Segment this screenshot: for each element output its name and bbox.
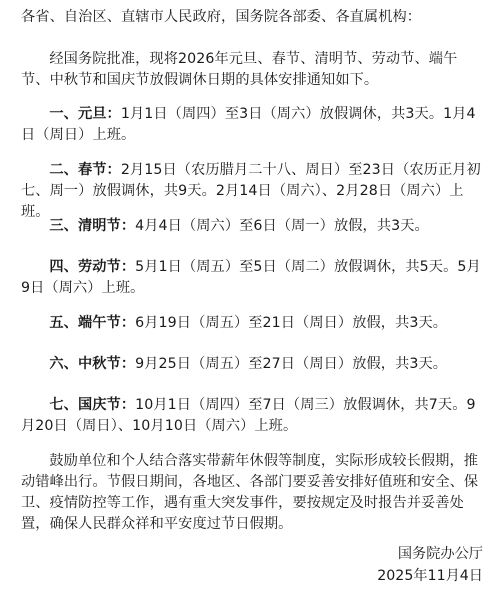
item-text: 9月25日（周五）至27日（周日）放假，共3天。 — [135, 356, 447, 372]
item-title: 一、元旦： — [49, 106, 120, 122]
signature-issuer: 国务院办公厅 — [283, 544, 483, 565]
item-title: 二、春节： — [49, 162, 120, 178]
intro-paragraph: 经国务院批准，现将2026年元旦、春节、清明节、劳动节、端午节、中秋节和国庆节放… — [21, 49, 485, 91]
item-text: 4月4日（周六）至6日（周一）放假，共3天。 — [135, 218, 429, 234]
item-title: 三、清明节： — [49, 218, 135, 234]
holiday-item-labor-day: 四、劳动节：5月1日（周五）至5日（周二）放假调休，共5天。5月9日（周六）上班… — [21, 257, 485, 299]
holiday-item-spring-festival: 二、春节：2月15日（农历腊月二十八、周日）至23日（农历正月初七、周一）放假调… — [21, 160, 485, 223]
item-title: 五、端午节： — [49, 315, 135, 331]
holiday-item-new-year: 一、元旦：1月1日（周四）至3日（周六）放假调休，共3天。1月4日（周日）上班。 — [21, 104, 485, 146]
holiday-item-dragon-boat: 五、端午节：6月19日（周五）至21日（周日）放假，共3天。 — [21, 313, 485, 334]
closing-paragraph: 鼓励单位和个人结合落实带薪年休假等制度，实际形成较长假期，推动错峰出行。节假日期… — [21, 451, 485, 535]
salutation: 各省、自治区、直辖市人民政府，国务院各部委、各直属机构： — [21, 7, 485, 28]
holiday-item-qingming: 三、清明节：4月4日（周六）至6日（周一）放假，共3天。 — [21, 216, 485, 237]
item-text: 6月19日（周五）至21日（周日）放假，共3天。 — [135, 315, 447, 331]
holiday-item-mid-autumn: 六、中秋节：9月25日（周五）至27日（周日）放假，共3天。 — [21, 354, 485, 375]
holiday-item-national-day: 七、国庆节：10月1日（周四）至7日（周三）放假调休，共7天。9月20日（周日）… — [21, 395, 485, 437]
item-title: 四、劳动节： — [49, 259, 135, 275]
item-title: 七、国庆节： — [49, 397, 135, 413]
item-title: 六、中秋节： — [49, 356, 135, 372]
signature-date: 2025年11月4日 — [283, 566, 483, 587]
